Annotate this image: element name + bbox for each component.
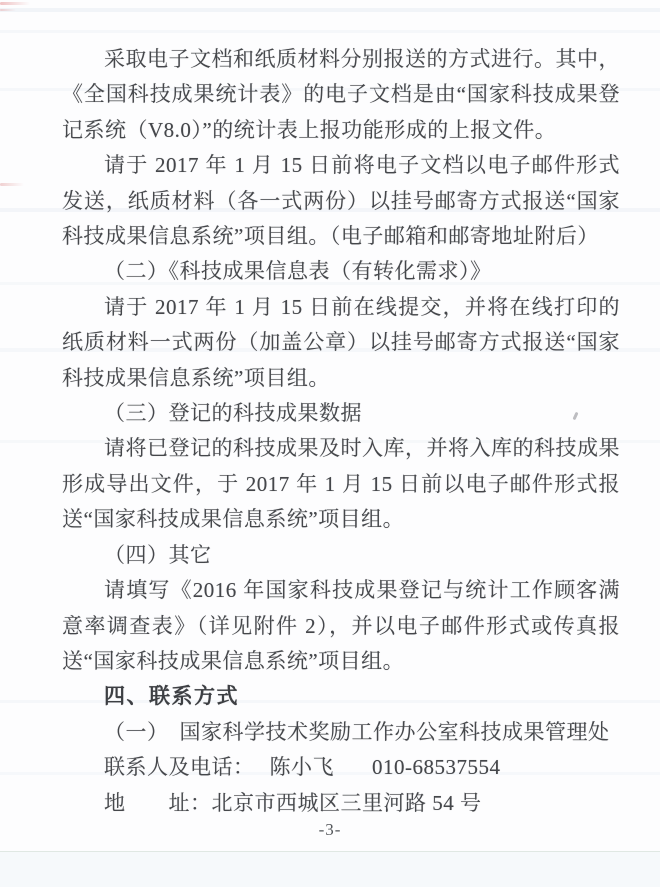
contact-label: 联系人及电话： xyxy=(104,755,255,779)
scan-band xyxy=(0,30,660,33)
paragraph-survey: 请填写《2016 年国家科技成果登记与统计工作顾客满意率调查表》（详见附件 2）… xyxy=(62,573,620,679)
paragraph-submission-method: 采取电子文档和纸质材料分别报送的方式进行。其中，《全国科技成果统计表》的电子文档… xyxy=(62,42,620,148)
address-line: 地 址：北京市西城区三里河路 54 号 xyxy=(62,786,620,821)
document-body: 采取电子文档和纸质材料分别报送的方式进行。其中，《全国科技成果统计表》的电子文档… xyxy=(62,42,620,821)
scan-footer-band xyxy=(0,852,660,887)
subheading-item-4: （四）其它 xyxy=(62,538,620,573)
subheading-item-2: （二）《科技成果信息表（有转化需求）》 xyxy=(62,254,620,289)
document-page: 采取电子文档和纸质材料分别报送的方式进行。其中，《全国科技成果统计表》的电子文档… xyxy=(0,0,660,887)
address-value: 北京市西城区三里河路 54 号 xyxy=(212,791,482,815)
paragraph-online-submit: 请于 2017 年 1 月 15 日前在线提交，并将在线打印的纸质材料一式两份（… xyxy=(62,290,620,396)
contact-phone: 010-68537554 xyxy=(372,755,501,779)
scan-streak xyxy=(0,9,16,11)
heading-contact-info: 四、联系方式 xyxy=(62,679,620,714)
scan-streak xyxy=(0,183,24,186)
paragraph-registered-data: 请将已登记的科技成果及时入库，并将入库的科技成果形成导出文件，于 2017 年 … xyxy=(62,431,620,537)
contact-person: 陈小飞 xyxy=(270,755,335,779)
page-number: -3- xyxy=(0,820,660,840)
contact-line: 联系人及电话：陈小飞010-68537554 xyxy=(62,750,620,785)
paragraph-email-deadline: 请于 2017 年 1 月 15 日前将电子文档以电子邮件形式发送，纸质材料（各… xyxy=(62,148,620,254)
scan-streak xyxy=(0,2,30,5)
subheading-item-3: （三）登记的科技成果数据 xyxy=(62,396,620,431)
scan-band xyxy=(0,8,660,12)
paragraph-office: （一） 国家科学技术奖励工作办公室科技成果管理处 xyxy=(62,715,620,750)
address-label: 地 址： xyxy=(104,791,212,815)
